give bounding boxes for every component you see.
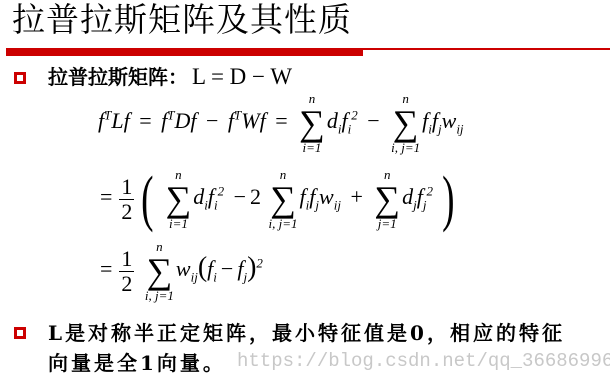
- minus-sign: −: [206, 108, 218, 133]
- summation: n∑i, j=1: [391, 92, 420, 154]
- sum-lower: i=1: [299, 141, 325, 154]
- bullet-square-icon: [14, 72, 26, 84]
- title-underline-thin: [363, 48, 610, 50]
- math-term: Lf: [111, 108, 129, 133]
- sum-lower: i, j=1: [391, 141, 420, 154]
- plus-sign: +: [350, 184, 362, 209]
- denominator: 2: [119, 200, 134, 224]
- definition-formula: L = D − W: [192, 64, 292, 89]
- summation: n∑i, j=1: [145, 240, 174, 302]
- denominator: 2: [119, 272, 134, 296]
- fraction-half: 12: [119, 175, 134, 224]
- sum-lower: i=1: [166, 217, 192, 230]
- math-sub: i: [348, 121, 352, 136]
- bullet-laplacian-definition: 拉普拉斯矩阵：L = D − W: [48, 64, 292, 90]
- summation: n∑i, j=1: [269, 168, 298, 230]
- math-d: d: [327, 108, 338, 133]
- sum-lower: i, j=1: [269, 217, 298, 230]
- equals-sign: =: [100, 256, 112, 281]
- numerator: 1: [119, 175, 134, 200]
- math-sup: T: [167, 108, 174, 123]
- sigma-icon: ∑: [269, 181, 298, 217]
- slide-title: 拉普拉斯矩阵及其性质: [12, 0, 352, 40]
- summation: n∑i=1: [166, 168, 192, 230]
- math-sup: 2: [256, 256, 263, 271]
- sigma-icon: ∑: [166, 181, 192, 217]
- sum-lower: i, j=1: [145, 289, 174, 302]
- sum-lower: j=1: [374, 217, 400, 230]
- equation-2: =12( n∑i=1difi2 −2 n∑i, j=1fifjwij + n∑j…: [96, 168, 459, 230]
- left-paren: (: [142, 169, 154, 229]
- math-term: Wf: [241, 108, 265, 133]
- equals-sign: =: [275, 108, 287, 133]
- summation: n∑j=1: [374, 168, 400, 230]
- sigma-icon: ∑: [145, 253, 174, 289]
- sigma-icon: ∑: [299, 105, 325, 141]
- property-line-1: L是对称半正定矩阵，最小特征值是0，相应的特征: [48, 318, 565, 348]
- numerator: 1: [119, 247, 134, 272]
- coefficient: 2: [250, 184, 261, 209]
- equation-3: =12 n∑i, j=1wij(fi−fj)2: [96, 240, 263, 302]
- equals-sign: =: [100, 184, 112, 209]
- title-underline-thick: [6, 48, 363, 56]
- definition-label: 拉普拉斯矩阵：: [48, 65, 188, 89]
- sigma-icon: ∑: [391, 105, 420, 141]
- minus-sign: −: [367, 108, 379, 133]
- minus-sign: −: [234, 184, 246, 209]
- fraction-half: 12: [119, 247, 134, 296]
- math-sub: ij: [456, 121, 463, 136]
- math-term: Df: [175, 108, 197, 133]
- math-sup: 2: [351, 108, 358, 123]
- right-paren: ): [443, 169, 455, 229]
- math-w: w: [442, 108, 457, 133]
- equation-1: fTLf = fTDf − fTWf = n∑i=1difi2 − n∑i, j…: [98, 92, 464, 154]
- summation: n∑i=1: [299, 92, 325, 154]
- watermark: https://blog.csdn.net/qq_36686996: [237, 350, 610, 372]
- sigma-icon: ∑: [374, 181, 400, 217]
- bullet-square-icon: [14, 327, 26, 339]
- equals-sign: =: [139, 108, 151, 133]
